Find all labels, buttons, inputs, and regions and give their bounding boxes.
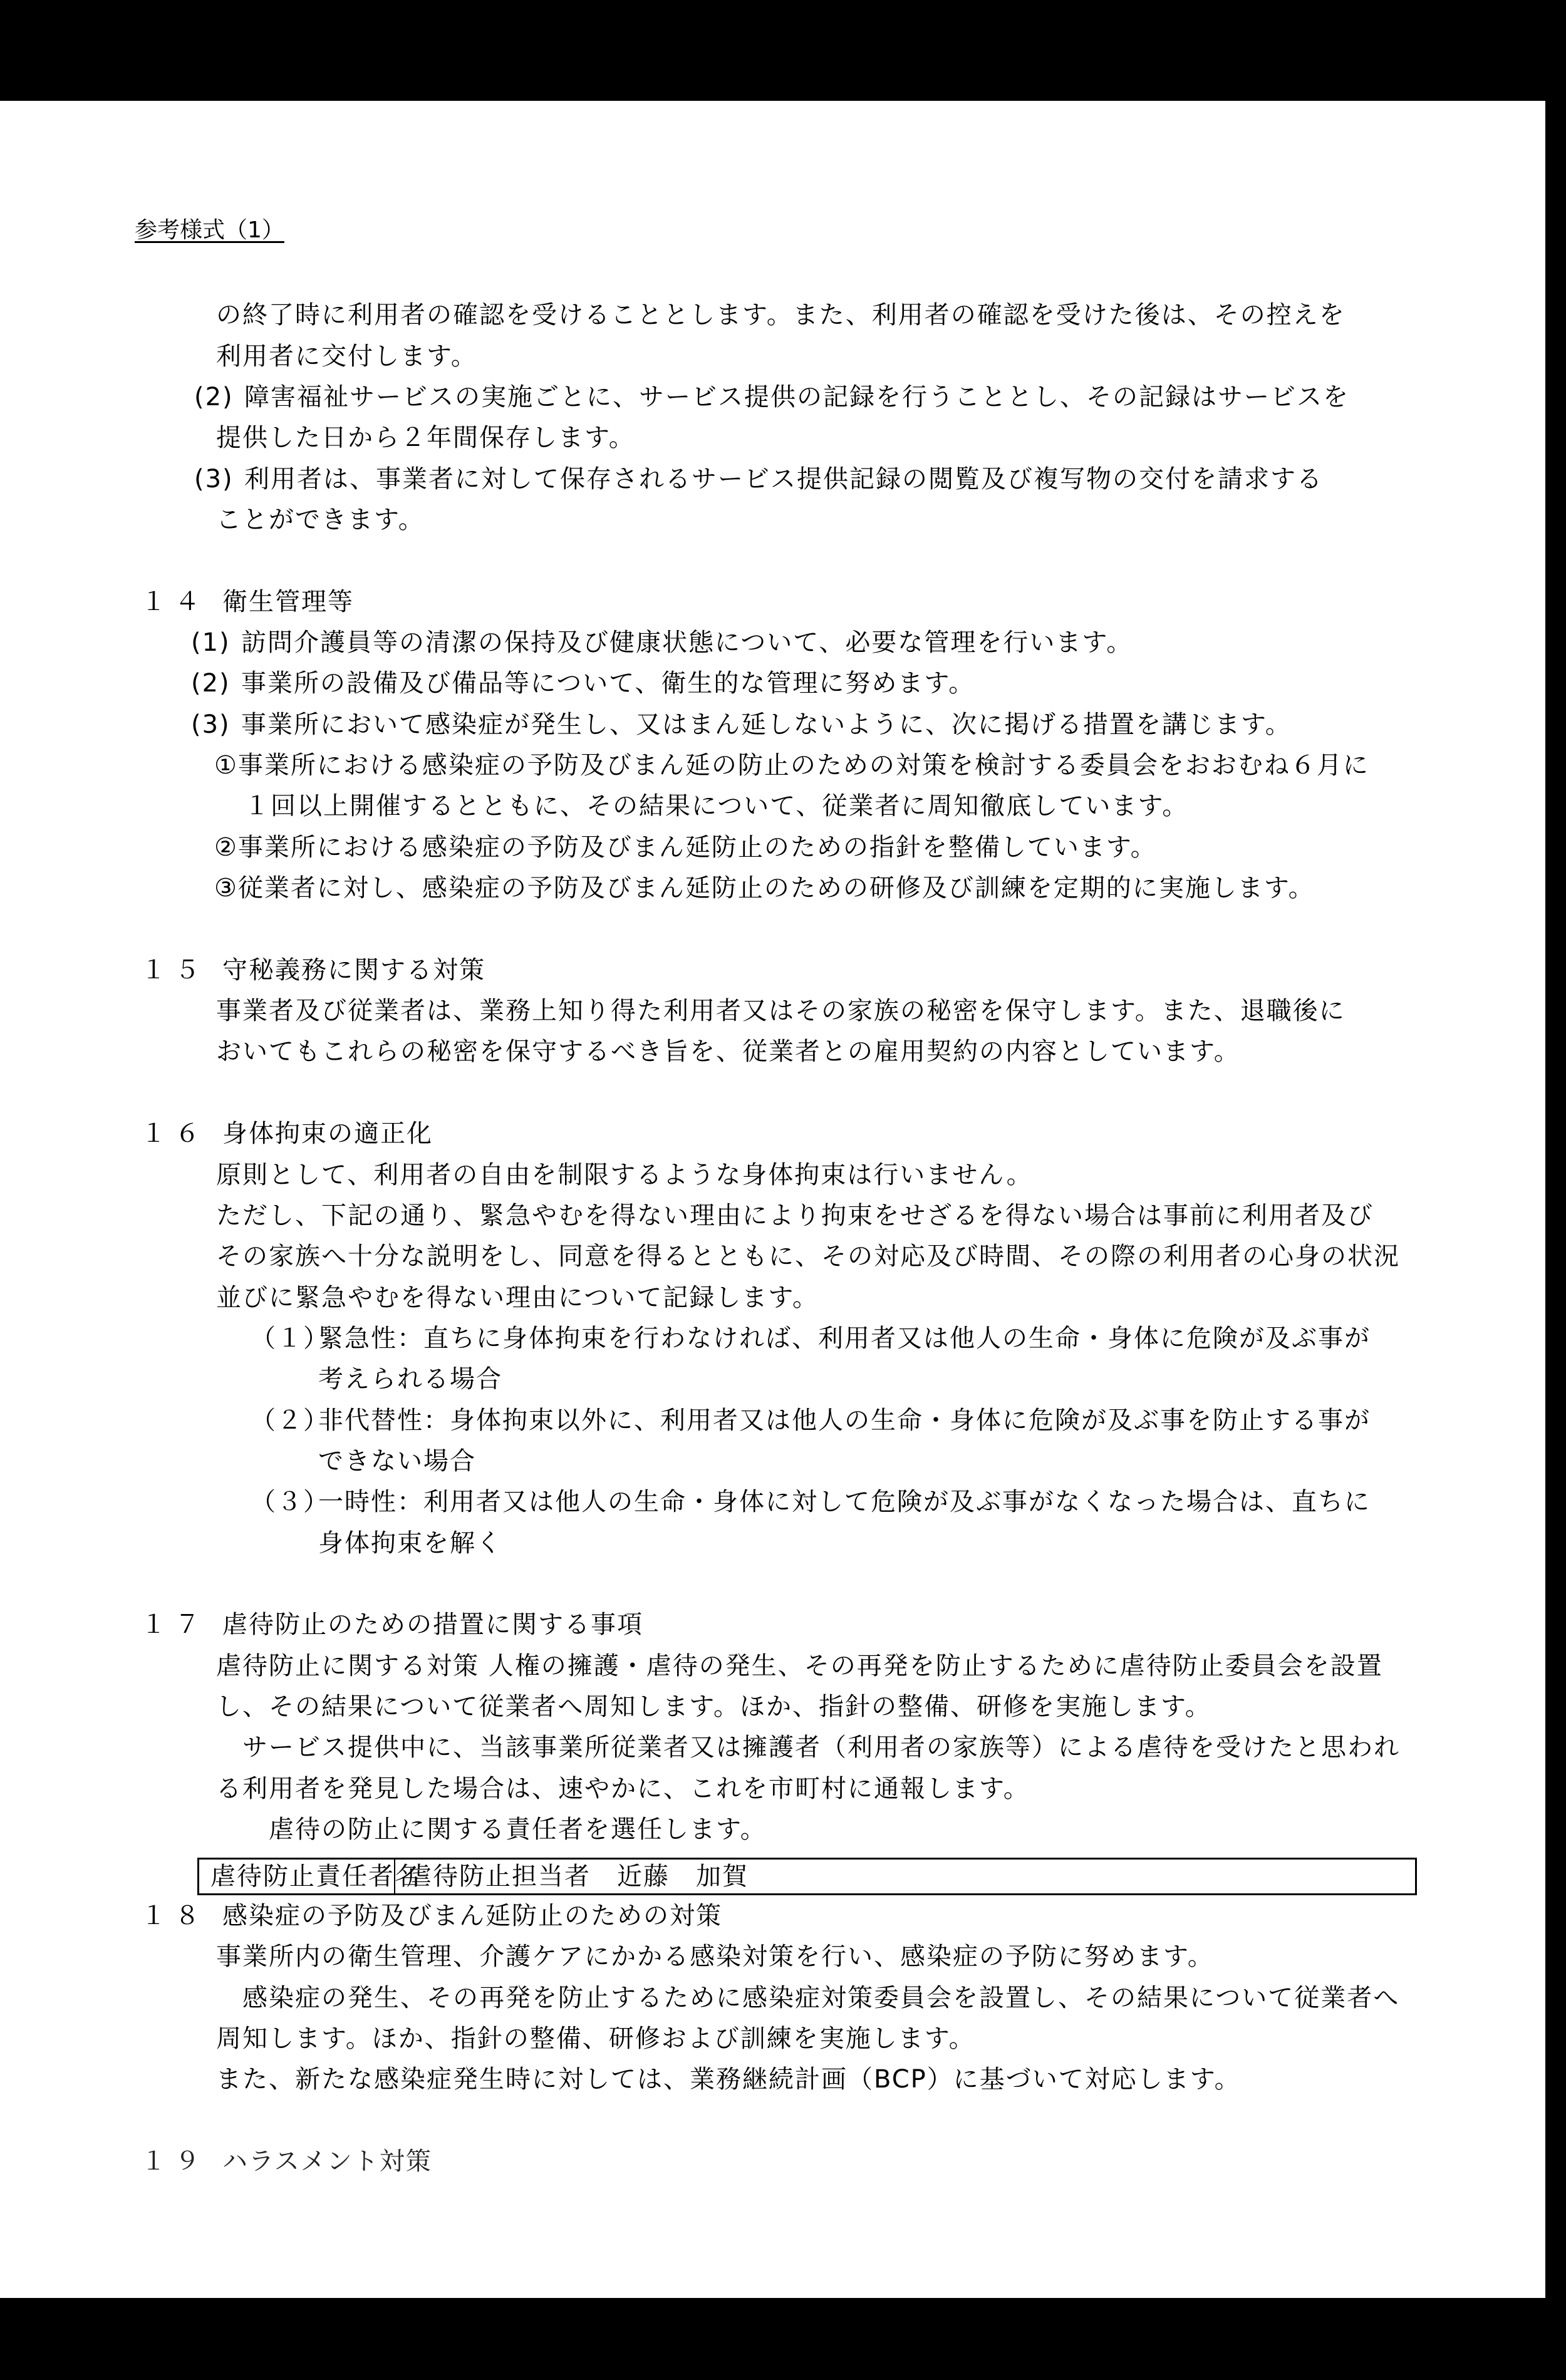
section-15-heading: １５守秘義務に関する対策: [141, 955, 485, 986]
section-14-heading: １４衛生管理等: [141, 586, 354, 618]
body-line: サービス提供中に、当該事業所従業者又は擁護者（利用者の家族等）による虐待を受けた…: [216, 1732, 1400, 1763]
body-line: おいてもこれらの秘密を保守するべき旨を、従業者との雇用契約の内容としています。: [216, 1036, 1240, 1067]
section-title: 守秘義務に関する対策: [222, 956, 485, 985]
section-number: １７: [141, 1609, 222, 1640]
item-text: できない場合: [318, 1446, 476, 1477]
item-text: 緊急性：直ちに身体拘束を行わなければ、利用者又は他人の生命・身体に危険が及ぶ事が: [318, 1323, 1371, 1354]
table-label-cell: 虐待防止責任者名: [199, 1860, 395, 1893]
intro-item-text: 障害福祉サービスの実施ごとに、サービス提供の記録を行うこととし、その記録はサービ…: [244, 381, 1349, 413]
item-text: 事業所において感染症が発生し、又はまん延しないように、次に掲げる措置を講じます。: [241, 709, 1292, 740]
body-line: ただし、下記の通り、緊急やむを得ない理由により拘束をせざるを得ない場合は事前に利…: [216, 1200, 1374, 1231]
intro-item-text: 提供した日から２年間保存します。: [216, 422, 635, 453]
body-line: 虐待の防止に関する責任者を選任します。: [216, 1814, 767, 1845]
body-line: 周知します。ほか、指針の整備、研修および訓練を実施します。: [216, 2023, 975, 2054]
item-text: 訪問介護員等の清潔の保持及び健康状態について、必要な管理を行います。: [241, 627, 1133, 658]
section-19-heading: １９ハラスメント対策: [141, 2146, 432, 2177]
item-label: (1): [191, 627, 231, 658]
intro-item-label: (3): [194, 463, 234, 495]
body-line: 虐待防止に関する対策 人権の擁護・虐待の発生、その再発を防止するために虐待防止委…: [216, 1650, 1383, 1682]
body-line: 並びに緊急やむを得ない理由について記録します。: [216, 1282, 819, 1313]
section-title: 身体拘束の適正化: [222, 1119, 433, 1148]
section-title: 感染症の予防及びまん延防止のための対策: [222, 1901, 722, 1930]
item-text: 身体拘束を解く: [318, 1528, 502, 1559]
body-line: 事業者及び従業者は、業務上知り得た利用者又はその家族の秘密を保守します。また、退…: [216, 995, 1346, 1027]
item-text: 考えられる場合: [318, 1363, 502, 1395]
intro-line: 利用者に交付します。: [216, 341, 477, 372]
section-number: １９: [141, 2146, 222, 2177]
subitem-text: ①事業所における感染症の予防及びまん延の防止のための対策を検討する委員会をおおむ…: [214, 750, 1369, 781]
form-reference-label: 参考様式（1）: [135, 215, 284, 246]
body-line: し、その結果について従業者へ周知します。ほか、指針の整備、研修を実施します。: [216, 1691, 1211, 1722]
body-line: また、新たな感染症発生時に対しては、業務継続計画（BCP）に基づいて対応します。: [216, 2064, 1241, 2095]
intro-item-text: ことができます。: [216, 504, 425, 535]
item-text: 事業所の設備及び備品等について、衛生的な管理に努めます。: [241, 668, 975, 699]
section-number: １５: [141, 955, 222, 986]
section-title: 衛生管理等: [222, 587, 354, 616]
table-value-cell: 虐待防止担当者 近藤 加賀: [395, 1860, 1415, 1893]
section-number: １８: [141, 1900, 222, 1932]
section-16-heading: １６身体拘束の適正化: [141, 1118, 433, 1149]
body-line: その家族へ十分な説明をし、同意を得るとともに、その対応及び時間、その際の利用者の…: [216, 1241, 1400, 1272]
section-number: １４: [141, 586, 222, 618]
item-text: 非代替性：身体拘束以外に、利用者又は他人の生命・身体に危険が及ぶ事を防止する事が: [318, 1405, 1371, 1436]
item-text: 一時性：利用者又は他人の生命・身体に対して危険が及ぶ事がなくなった場合は、直ちに: [318, 1486, 1371, 1518]
item-label: (2): [191, 668, 231, 699]
intro-line: の終了時に利用者の確認を受けることとします。また、利用者の確認を受けた後は、その…: [216, 299, 1346, 331]
body-line: 原則として、利用者の自由を制限するような身体拘束は行いません。: [216, 1159, 1033, 1191]
body-line: 事業所内の衛生管理、介護ケアにかかる感染対策を行い、感染症の予防に努めます。: [216, 1941, 1214, 1972]
section-18-heading: １８感染症の予防及びまん延防止のための対策: [141, 1900, 722, 1932]
body-line: 感染症の発生、その再発を防止するために感染症対策委員会を設置し、その結果について…: [216, 1982, 1399, 2014]
subitem-text: １回以上開催するとともに、その結果について、従業者に周知徹底しています。: [244, 790, 1188, 822]
subitem-text: ②事業所における感染症の予防及びまん延防止のための指針を整備しています。: [214, 832, 1157, 863]
body-line: る利用者を発見した場合は、速やかに、これを市町村に通報します。: [216, 1773, 1030, 1804]
item-label: (3): [191, 709, 231, 740]
section-title: 虐待防止のための措置に関する事項: [222, 1610, 643, 1639]
section-title: ハラスメント対策: [222, 2147, 432, 2176]
intro-item-label: (2): [194, 381, 234, 413]
section-17-heading: １７虐待防止のための措置に関する事項: [141, 1609, 643, 1640]
intro-item-text: 利用者は、事業者に対して保存されるサービス提供記録の閲覧及び複写物の交付を請求す…: [244, 463, 1323, 495]
abuse-prevention-officer-table: 虐待防止責任者名 虐待防止担当者 近藤 加賀: [197, 1858, 1417, 1895]
subitem-text: ③従業者に対し、感染症の予防及びまん延防止のための研修及び訓練を定期的に実施しま…: [214, 872, 1315, 904]
section-number: １６: [141, 1118, 222, 1149]
